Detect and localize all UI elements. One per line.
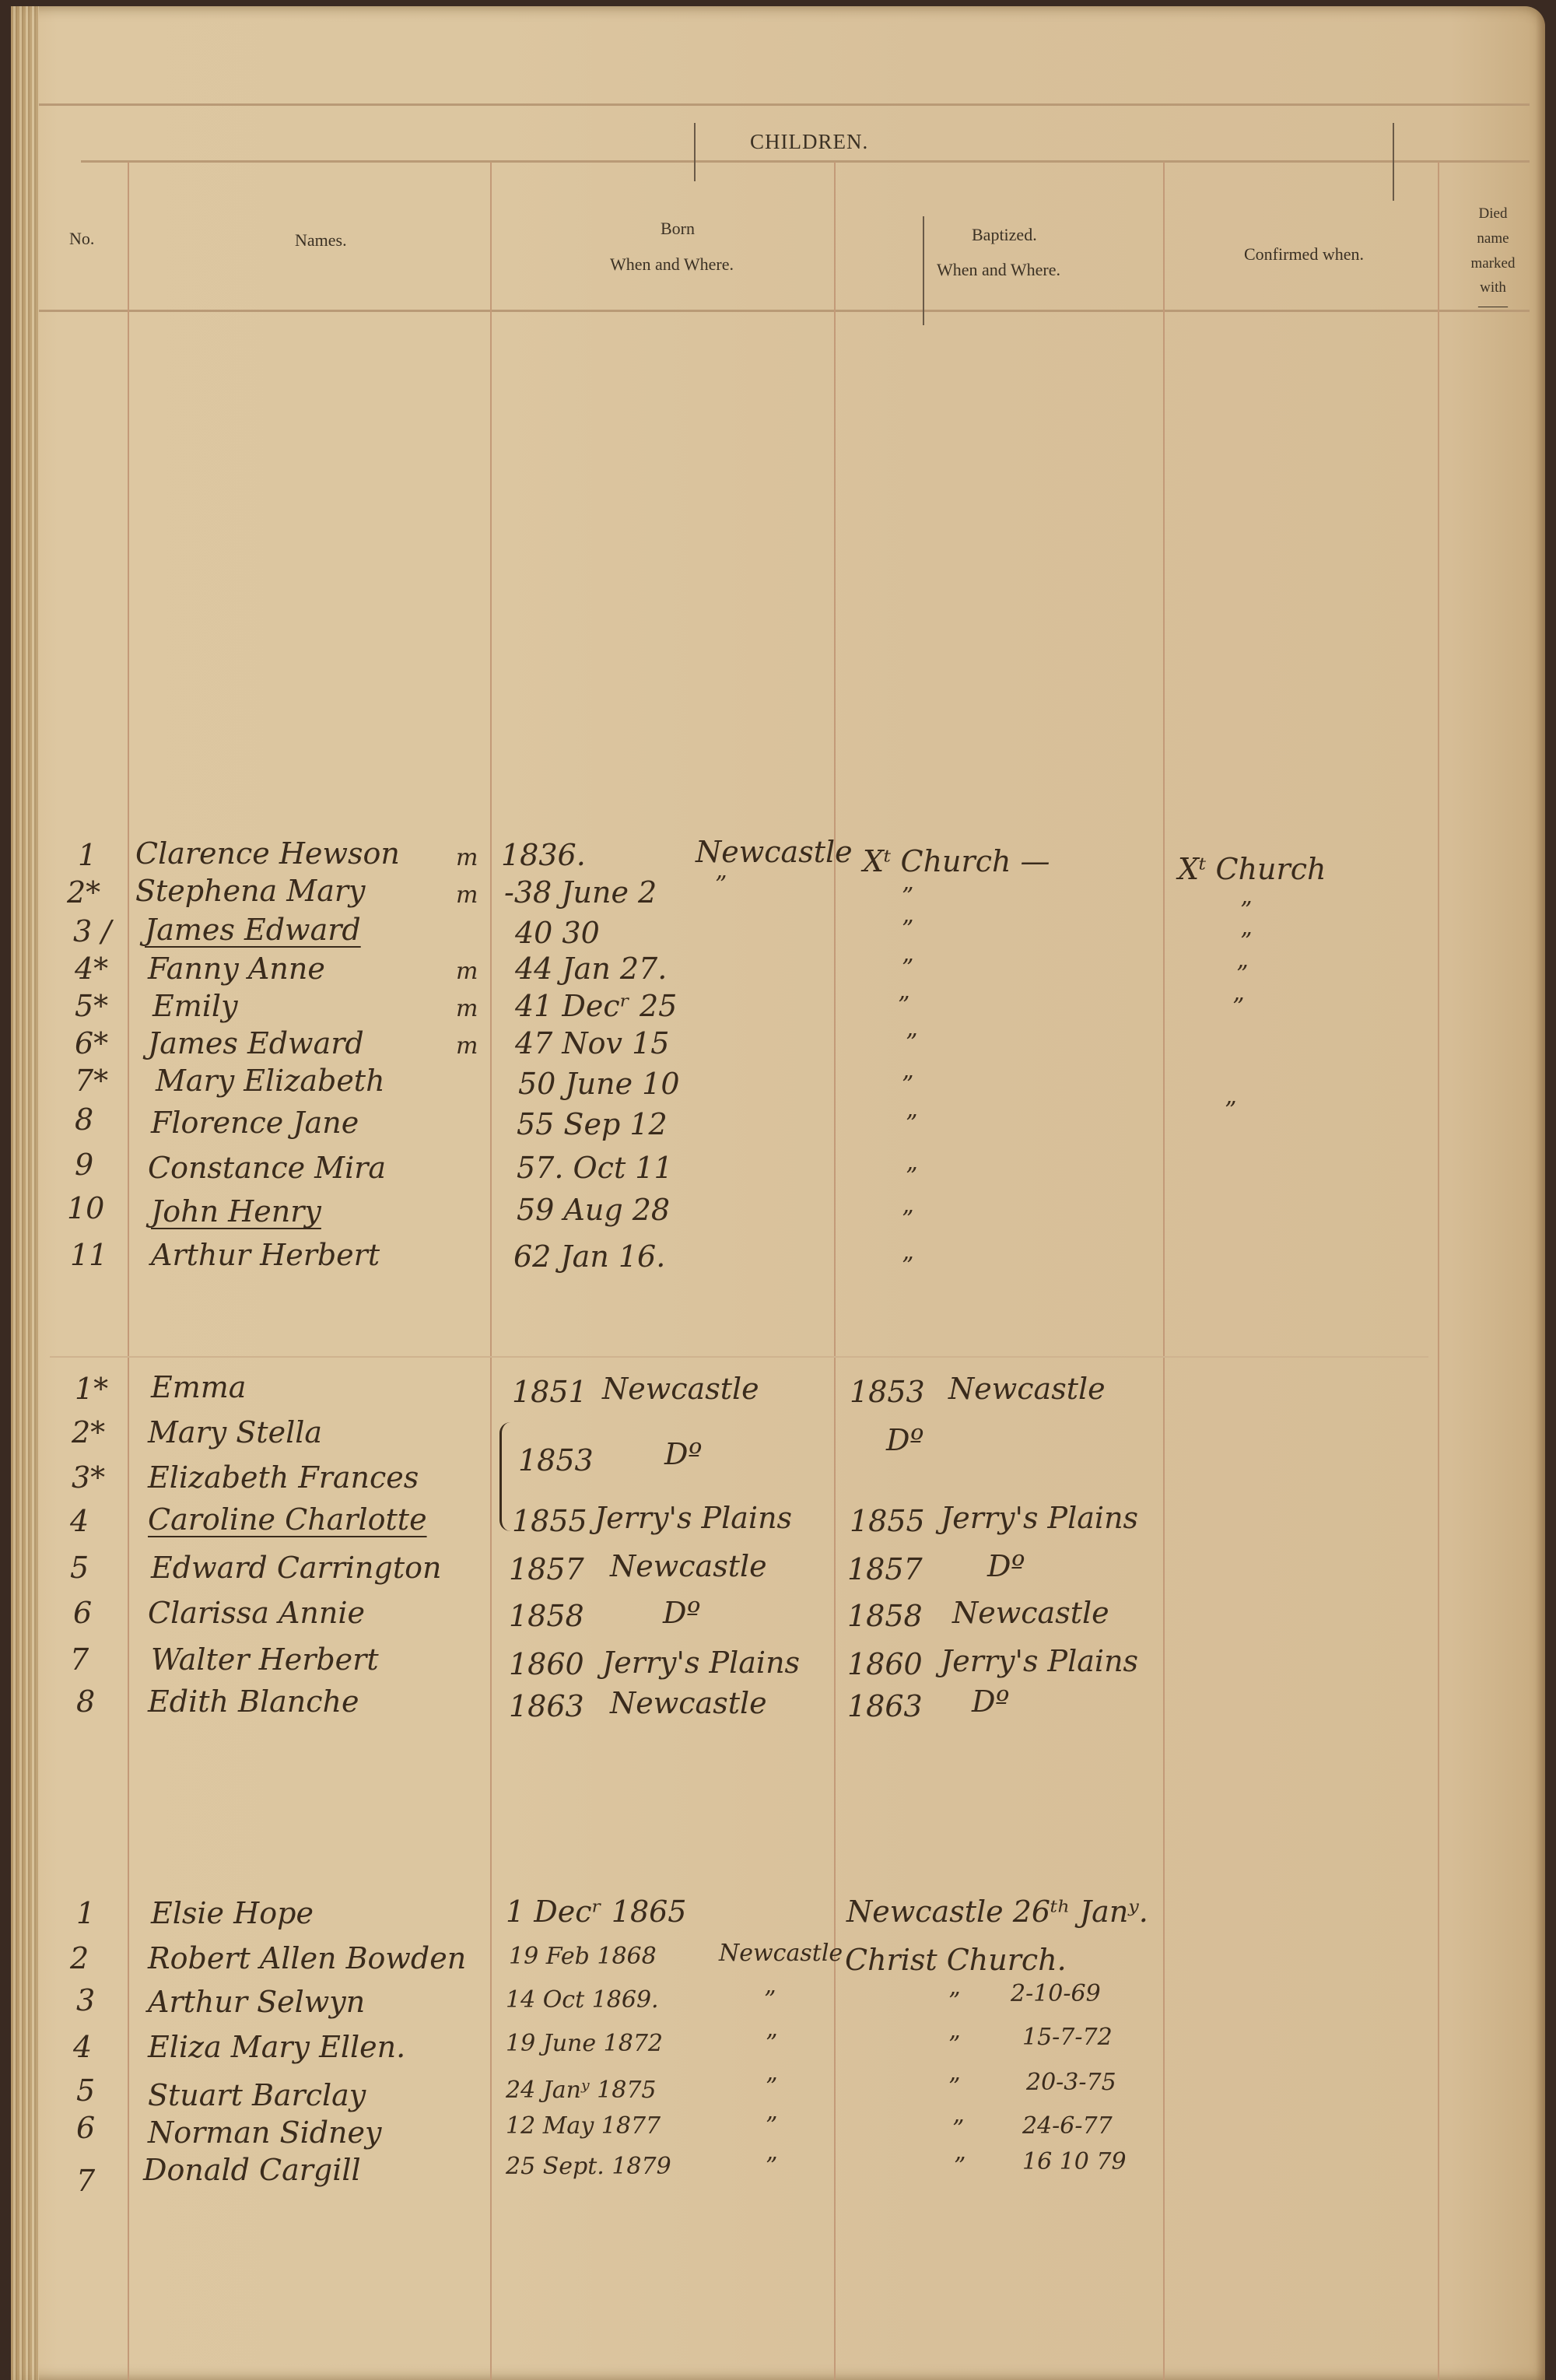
child-name: James Edward: [148, 1029, 364, 1058]
child-name: Donald Cargill: [143, 2155, 361, 2185]
rule-header-mid: [81, 160, 1530, 163]
baptized-place: Dº: [987, 1551, 1025, 1581]
baptized-date: 1863: [847, 1691, 923, 1721]
born-date: 19 June 1872: [506, 2032, 663, 2056]
entry-number: 6: [76, 2113, 95, 2143]
born-place: ”: [766, 2076, 777, 2099]
col-line-no: [128, 162, 129, 2380]
child-name: Walter Herbert: [151, 1645, 379, 1674]
child-name: Florence Jane: [151, 1108, 359, 1137]
entry-number: 1: [78, 840, 96, 870]
child-name: Elsie Hope: [151, 1898, 314, 1928]
child-name: Stuart Barclay: [148, 2080, 366, 2110]
child-name: Elizabeth Frances: [148, 1463, 419, 1492]
child-name: Arthur Selwyn: [148, 1987, 365, 2017]
sex-mark: m: [456, 884, 478, 907]
born-date: 1853: [518, 1446, 594, 1475]
child-name: Caroline Charlotte: [148, 1505, 427, 1534]
child-name: Norman Sidney: [148, 2118, 381, 2147]
entry-number: 5: [70, 1553, 89, 1583]
child-name: Clarissa Annie: [148, 1598, 365, 1628]
born-date: 1863: [509, 1691, 584, 1721]
baptized-place: ”: [902, 918, 913, 941]
baptized-place: Christ Church.: [845, 1945, 1067, 1975]
child-name: Emma: [151, 1372, 246, 1402]
entry-number: 1*: [75, 1374, 108, 1404]
col-header-died: Died name marked with ——: [1466, 205, 1520, 316]
born-date: 25 Sept. 1879: [506, 2155, 671, 2178]
baptized-place: ”: [898, 994, 909, 1018]
entry-number: 7: [76, 2166, 95, 2196]
sex-mark: m: [456, 846, 478, 870]
born-date: 19 Feb 1868: [509, 1945, 657, 1968]
entry-number: 5*: [75, 991, 108, 1021]
entry-number: 8: [75, 1105, 93, 1134]
baptized-place: Dº: [972, 1687, 1009, 1716]
rule-family-separator: [50, 1356, 1428, 1358]
baptized-place: Newcastle: [952, 1598, 1109, 1628]
col-line-born: [834, 162, 836, 2380]
baptized-date: 1853: [850, 1377, 925, 1407]
entry-number: 4: [70, 1506, 89, 1536]
entry-number: 3 /: [73, 917, 111, 946]
baptized-place: ”: [902, 1208, 913, 1232]
entry-number: 11: [70, 1240, 107, 1270]
mark-line: [923, 216, 924, 325]
baptized-place: ”: [902, 957, 913, 980]
born-date: 59 Aug 28: [517, 1195, 670, 1225]
born-date: 1858: [509, 1601, 584, 1631]
child-name: John Henry: [151, 1197, 321, 1226]
born-place: Jerry's Plains: [594, 1503, 792, 1533]
entry-number: 10: [67, 1194, 104, 1223]
mark-line: [1393, 123, 1394, 201]
born-date: 1857: [509, 1555, 584, 1584]
entry-number: 2: [70, 1944, 89, 1973]
baptized-date: 15-7-72: [1022, 2026, 1113, 2049]
born-place: Newcastle: [719, 1942, 843, 1965]
baptized-place: ”: [954, 2155, 965, 2178]
sex-mark: m: [456, 960, 478, 983]
entry-number: 4*: [75, 954, 108, 983]
born-date: 57. Oct 11: [517, 1153, 673, 1183]
child-name: Mary Stella: [148, 1418, 322, 1447]
child-name: Edward Carrington: [151, 1553, 441, 1583]
baptized-date: 24-6-77: [1022, 2115, 1113, 2138]
child-name: James Edward: [145, 915, 361, 945]
child-name: Stephena Mary: [135, 876, 365, 906]
born-place: ”: [766, 2032, 777, 2056]
child-name: Emily: [152, 991, 238, 1021]
baptized-place: ”: [906, 1113, 917, 1136]
entry-number: 8: [76, 1687, 95, 1716]
confirmed-place: Xᵗ Church: [1178, 854, 1326, 884]
ledger-page: CHILDREN. No. Names. Born When and Where…: [11, 6, 1545, 2380]
child-name: Clarence Hewson: [135, 839, 400, 868]
born-place: ”: [715, 874, 727, 897]
child-name: Edith Blanche: [148, 1687, 359, 1716]
baptized-place: ”: [902, 885, 913, 909]
page-edge: [11, 6, 39, 2380]
entry-number: 2*: [72, 1418, 105, 1447]
baptized-place: Xᵗ Church —: [863, 846, 1050, 876]
born-place: Jerry's Plains: [602, 1648, 800, 1677]
rule-header-bottom: [39, 310, 1530, 312]
entry-number: 5: [76, 2076, 95, 2105]
born-date: 24 Janʸ 1875: [506, 2079, 657, 2102]
born-date: 47 Nov 15: [515, 1029, 669, 1058]
baptized-date: 1857: [847, 1555, 923, 1584]
died-line-4: with ——: [1466, 279, 1520, 316]
baptized-place: ”: [952, 2118, 964, 2141]
col-header-born: Born: [661, 218, 695, 240]
born-date: 12 May 1877: [506, 2115, 661, 2138]
born-date: 40 30: [515, 918, 600, 948]
entry-number: 7: [70, 1645, 89, 1674]
confirmed-place: ”: [1225, 1099, 1236, 1123]
born-date: 14 Oct 1869.: [506, 1989, 659, 2012]
col-header-no: No.: [69, 228, 94, 250]
baptized-place: ”: [948, 2076, 960, 2099]
baptized-place: ”: [948, 1990, 960, 2014]
born-date: 1 Decʳ 1865: [506, 1897, 686, 1926]
col-header-names: Names.: [295, 230, 347, 251]
born-place: Newcastle: [610, 1688, 767, 1718]
baptized-date: 1860: [847, 1649, 923, 1679]
born-place: Newcastle: [696, 837, 853, 867]
baptized-place: Newcastle 26ᵗʰ Janʸ.: [846, 1897, 1148, 1926]
baptized-place: Jerry's Plains: [941, 1503, 1138, 1533]
confirmed-place: ”: [1240, 899, 1252, 923]
entry-number: 2*: [67, 878, 100, 907]
col-header-baptized-sub: When and Where.: [937, 259, 1060, 281]
confirmed-place: ”: [1240, 931, 1252, 954]
born-place: ”: [766, 2155, 777, 2178]
born-place: ”: [764, 1989, 776, 2012]
born-place: Newcastle: [602, 1374, 759, 1404]
born-place: Newcastle: [610, 1551, 767, 1581]
mark-line: [694, 123, 696, 181]
entry-number: 6*: [75, 1029, 108, 1058]
born-date: 41 Decʳ 25: [515, 991, 677, 1021]
entry-number: 7*: [75, 1066, 108, 1095]
born-date: 44 Jan 27.: [515, 954, 667, 983]
baptized-place: ”: [902, 1255, 913, 1278]
col-line-baptized: [1163, 162, 1165, 2380]
baptized-date: 1855: [850, 1506, 925, 1536]
born-place: Dº: [663, 1598, 700, 1628]
baptized-date: 16 10 79: [1022, 2150, 1127, 2174]
col-header-confirmed: Confirmed when.: [1244, 244, 1364, 265]
baptized-date: 20-3-75: [1026, 2071, 1116, 2094]
section-title: CHILDREN.: [750, 129, 868, 156]
child-name: Eliza Mary Ellen.: [148, 2032, 405, 2062]
baptized-date: 1858: [847, 1601, 923, 1631]
born-place: ”: [766, 2115, 777, 2138]
baptized-place: ”: [906, 1032, 917, 1055]
entry-number: 3*: [72, 1463, 105, 1492]
entry-number: 1: [76, 1898, 95, 1928]
child-name: Mary Elizabeth: [156, 1066, 385, 1095]
baptized-date: 2-10-69: [1011, 1982, 1101, 2006]
baptized-place: ”: [902, 1074, 913, 1097]
sex-mark: m: [456, 1035, 478, 1058]
born-date: -38 June 2: [504, 878, 657, 907]
sex-mark: m: [456, 997, 478, 1021]
confirmed-place: ”: [1236, 963, 1248, 987]
born-date: 1836.: [501, 840, 586, 870]
entry-number: 9: [75, 1150, 93, 1179]
born-date: 1860: [509, 1649, 584, 1679]
born-date: 1855: [512, 1506, 587, 1536]
born-date: 50 June 10: [518, 1069, 680, 1099]
col-line-names: [490, 162, 492, 2380]
entry-number: 6: [73, 1598, 92, 1628]
child-name: Robert Allen Bowden: [148, 1944, 466, 1973]
child-name: Fanny Anne: [148, 954, 325, 983]
baptized-place: Dº: [886, 1425, 923, 1455]
child-name: Arthur Herbert: [151, 1240, 380, 1270]
baptized-place: ”: [948, 2034, 960, 2057]
baptized-place: Jerry's Plains: [941, 1646, 1138, 1676]
born-date: 55 Sep 12: [517, 1109, 668, 1139]
baptized-place: Newcastle: [948, 1374, 1106, 1404]
died-line-1: Died: [1466, 205, 1520, 223]
col-line-confirmed: [1438, 162, 1439, 2380]
confirmed-place: ”: [1232, 996, 1244, 1019]
col-header-baptized: Baptized.: [972, 224, 1037, 246]
entry-number: 4: [73, 2032, 92, 2062]
child-name: Constance Mira: [148, 1153, 386, 1183]
born-place: Dº: [664, 1439, 702, 1469]
born-date: 1851: [512, 1377, 587, 1407]
born-date: 62 Jan 16.: [513, 1242, 665, 1271]
died-line-3: marked: [1466, 254, 1520, 273]
col-header-born-sub: When and Where.: [610, 254, 734, 275]
baptized-place: ”: [906, 1165, 917, 1189]
entry-number: 3: [76, 1986, 95, 2015]
rule-top: [39, 103, 1530, 106]
died-line-2: name: [1466, 230, 1520, 248]
